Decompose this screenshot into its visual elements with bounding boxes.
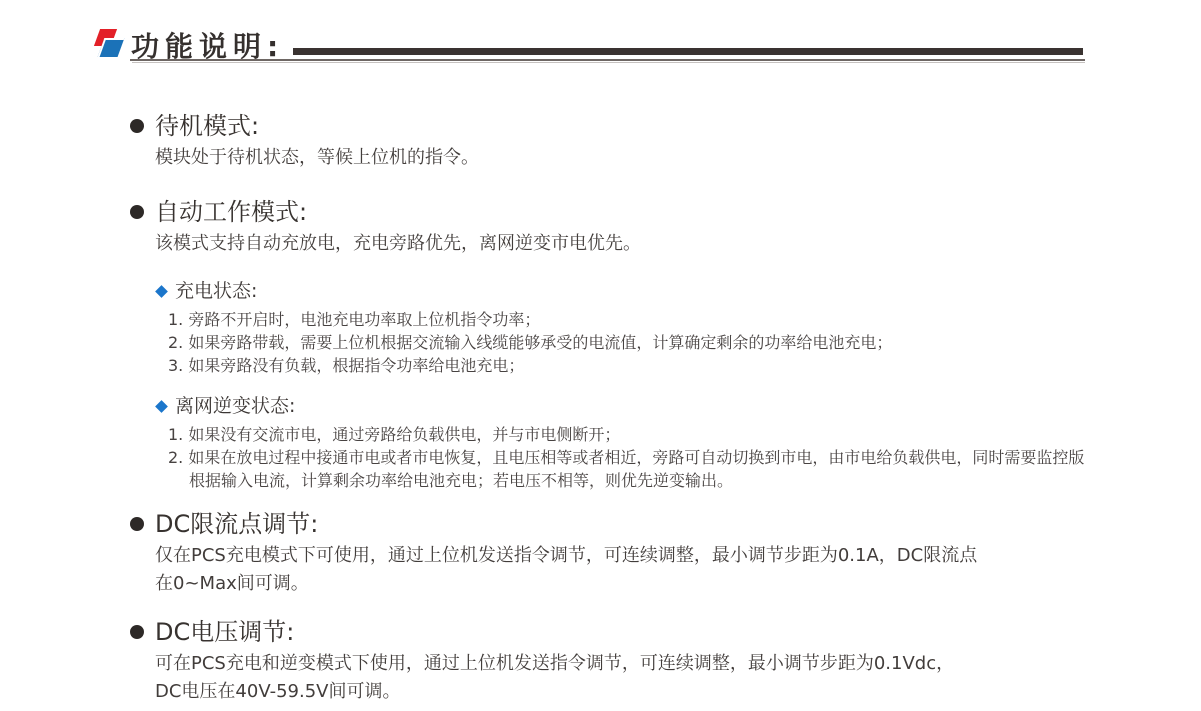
section-body-line: 仅在PCS充电模式下可使用，通过上位机发送指令调节，可连续调整，最小调节步距为0… xyxy=(155,542,1150,570)
bullet-dot-icon xyxy=(130,517,144,531)
subsection-charging-state: 充电状态: 1. 旁路不开启时，电池充电功率取上位机指令功率； 2. 如果旁路带… xyxy=(155,278,1155,377)
title-underline-shadow xyxy=(132,62,1085,63)
bullet-dot-icon xyxy=(130,119,144,133)
section-auto-mode: 自动工作模式: 该模式支持自动充放电，充电旁路优先，离网逆变市电优先。 xyxy=(130,196,1150,258)
list-item: 1. 如果没有交流市电，通过旁路给负载供电，并与市电侧断开； xyxy=(168,423,1155,446)
section-dc-voltage: DC电压调节: 可在PCS充电和逆变模式下使用，通过上位机发送指令调节，可连续调… xyxy=(130,616,1150,706)
diamond-bullet-icon xyxy=(155,285,168,298)
subsection-header: 离网逆变状态: xyxy=(155,393,1155,419)
title-thick-rule xyxy=(293,48,1083,55)
brand-logo xyxy=(94,28,128,60)
bullet-dot-icon xyxy=(130,625,144,639)
section-heading: 待机模式: xyxy=(155,110,1150,142)
section-body-line: 在0~Max间可调。 xyxy=(155,570,1150,598)
subsection-item-list: 1. 如果没有交流市电，通过旁路给负载供电，并与市电侧断开； 2. 如果在放电过… xyxy=(155,423,1155,492)
bullet-dot-icon xyxy=(130,205,144,219)
list-item: 2. 如果在放电过程中接通市电或者市电恢复，且电压相等或者相近，旁路可自动切换到… xyxy=(168,446,1155,469)
section-heading: 自动工作模式: xyxy=(155,196,1150,228)
list-item: 3. 如果旁路没有负载，根据指令功率给电池充电； xyxy=(168,354,1155,377)
subsection-heading: 充电状态: xyxy=(175,278,257,304)
section-dc-current-limit: DC限流点调节: 仅在PCS充电模式下可使用，通过上位机发送指令调节，可连续调整… xyxy=(130,508,1150,598)
subsection-header: 充电状态: xyxy=(155,278,1155,304)
list-item-continuation: 根据输入电流，计算剩余功率给电池充电；若电压不相等，则优先逆变输出。 xyxy=(168,469,1155,492)
diamond-bullet-icon xyxy=(155,400,168,413)
list-item: 1. 旁路不开启时，电池充电功率取上位机指令功率； xyxy=(168,308,1155,331)
section-body-line: DC电压在40V-59.5V间可调。 xyxy=(155,678,1150,706)
section-standby-mode: 待机模式: 模块处于待机状态，等候上位机的指令。 xyxy=(130,110,1150,172)
section-body: 模块处于待机状态，等候上位机的指令。 xyxy=(155,144,1150,172)
list-item: 2. 如果旁路带载，需要上位机根据交流输入线缆能够承受的电流值，计算确定剩余的功… xyxy=(168,331,1155,354)
subsection-item-list: 1. 旁路不开启时，电池充电功率取上位机指令功率； 2. 如果旁路带载，需要上位… xyxy=(155,308,1155,377)
section-body-line: 可在PCS充电和逆变模式下使用，通过上位机发送指令调节，可连续调整，最小调节步距… xyxy=(155,650,1150,678)
title-underline xyxy=(130,59,1085,61)
subsection-heading: 离网逆变状态: xyxy=(175,393,295,419)
section-heading: DC电压调节: xyxy=(155,616,1150,648)
section-body: 该模式支持自动充放电，充电旁路优先，离网逆变市电优先。 xyxy=(155,230,1150,258)
subsection-offgrid-state: 离网逆变状态: 1. 如果没有交流市电，通过旁路给负载供电，并与市电侧断开； 2… xyxy=(155,393,1155,492)
section-heading: DC限流点调节: xyxy=(155,508,1150,540)
